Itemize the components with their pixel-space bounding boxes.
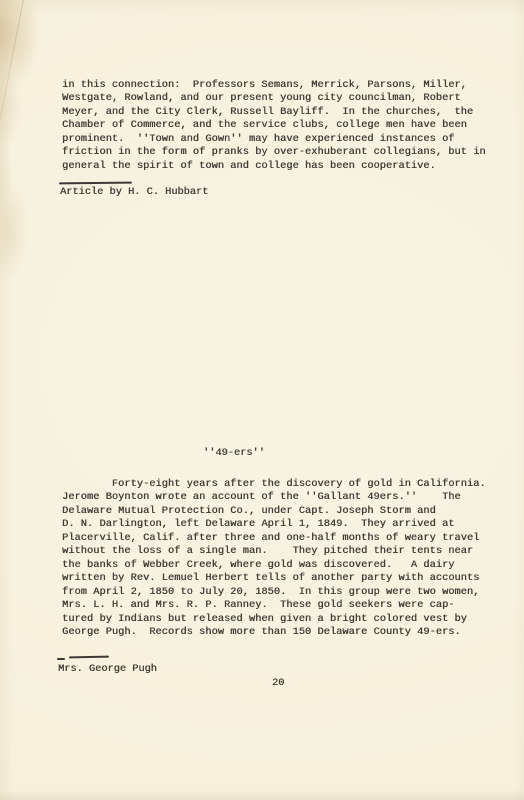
text-line: Placerville, Calif. after three and one-… [62,532,486,545]
text-line: Chamber of Commerce, and the service clu… [62,119,486,132]
text-line: without the loss of a single man. They p… [62,545,486,558]
text-line: prominent. ''Town and Gown'' may have ex… [62,133,486,146]
scanned-document-page: in this connection: Professors Semans, M… [0,0,524,800]
text-line: from April 2, 1850 to July 20, 1850. In … [62,586,486,599]
text-line: the banks of Webber Creek, where gold wa… [62,559,486,572]
signature-rule-hubbart [59,182,132,184]
paper-stain-lower [0,150,56,310]
section-heading-49ers: ''49-ers'' [203,447,265,459]
attribution-pugh: Mrs. George Pugh [58,663,157,675]
text-line: Mrs. L. H. and Mrs. R. P. Ranney. These … [62,599,486,612]
text-line: tured by Indians but released when given… [62,613,486,626]
text-line: D. N. Darlington, left Delaware April 1,… [62,518,486,531]
text-line: Delaware Mutual Protection Co., under Ca… [62,505,486,518]
text-line: Jerome Boynton wrote an account of the '… [62,491,486,504]
signature-rule-pugh-long [69,656,109,659]
signature-rule-pugh-short [57,658,65,660]
text-line: Forty-eight years after the discovery of… [62,478,486,491]
attribution-hubbart: Article by H. C. Hubbart [60,186,208,198]
paragraph-49ers: Forty-eight years after the discovery of… [62,478,486,639]
paragraph-town-and-gown: in this connection: Professors Semans, M… [62,79,486,173]
text-line: general the spirit of town and college h… [62,160,486,173]
text-line: friction in the form of pranks by over-e… [62,146,486,159]
text-line: in this connection: Professors Semans, M… [62,79,486,92]
text-line: George Pugh. Records show more than 150 … [62,626,486,639]
page-number: 20 [272,677,284,689]
text-line: Meyer, and the City Clerk, Russell Bayli… [62,106,486,119]
text-line: Westgate, Rowland, and our present young… [62,92,486,105]
text-line: written by Rev. Lemuel Herbert tells of … [62,572,486,585]
